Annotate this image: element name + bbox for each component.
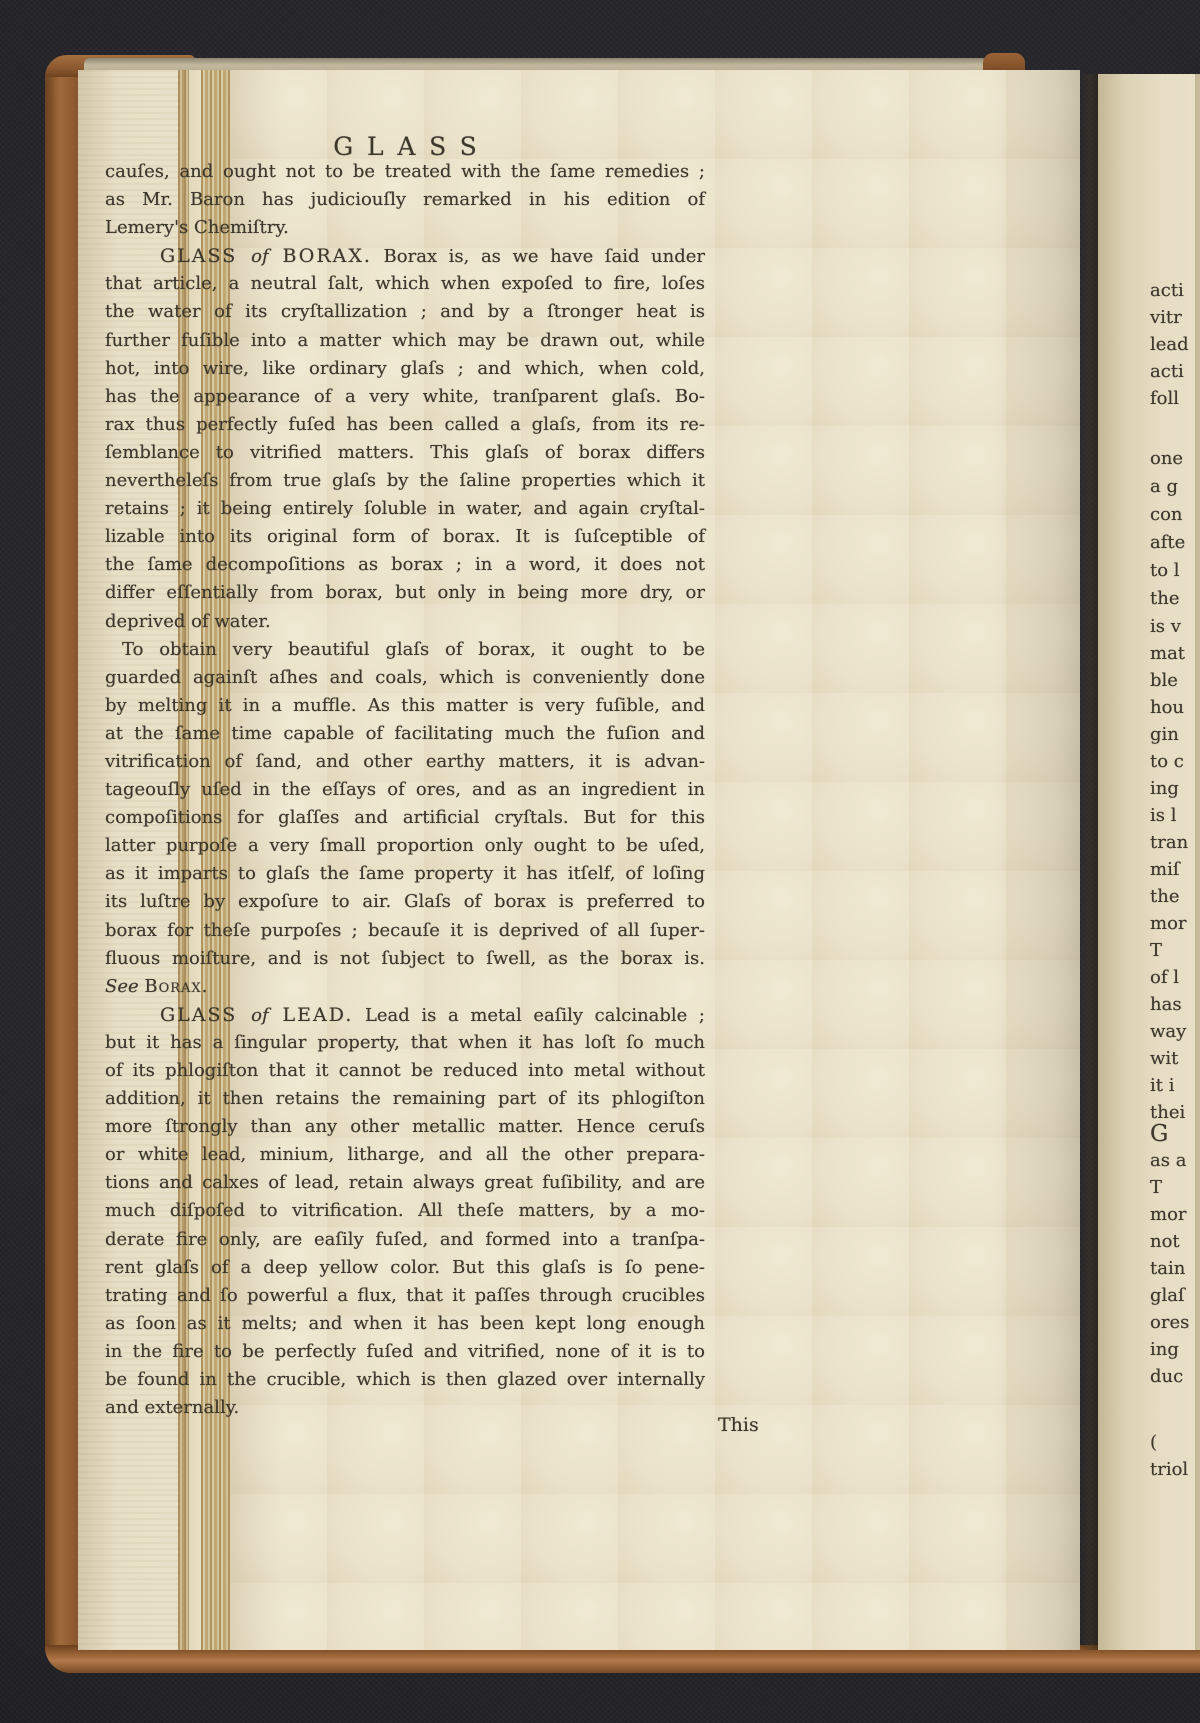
text-segment: hot, into wire, like ordinary glaſs ; an… xyxy=(105,358,705,379)
text-segment: and externally. xyxy=(105,1397,239,1418)
text-line: of its phlogiſton that it cannot be redu… xyxy=(105,1057,705,1085)
text-fragment: T xyxy=(1150,1175,1162,1201)
text-segment: Borax. xyxy=(144,976,208,997)
text-line: rent glaſs of a deep yellow color. But t… xyxy=(105,1254,705,1282)
text-fragment: has xyxy=(1150,992,1182,1018)
book-gutter-shadow xyxy=(1080,74,1098,1650)
right-book-page: activitrleadactifollonea gconafteto lthe… xyxy=(1098,74,1200,1650)
text-fragment: lead xyxy=(1150,332,1189,358)
text-segment: deprived of water. xyxy=(105,611,271,632)
text-fragment: mat xyxy=(1150,641,1185,667)
text-fragment: tain xyxy=(1150,1256,1185,1282)
text-fragment: foll xyxy=(1150,386,1179,412)
text-segment: further fuſible into a matter which may … xyxy=(105,330,705,351)
text-line: lizable into its original form of borax.… xyxy=(105,523,705,551)
text-segment: addition, it then retains the remaining … xyxy=(105,1088,705,1109)
text-line: more ſtrongly than any other metallic ma… xyxy=(105,1113,705,1141)
text-line: GLASS of LEAD. Lead is a metal eaſily ca… xyxy=(105,1001,705,1029)
text-segment: nevertheleſs from true glaſs by the ſali… xyxy=(105,470,705,491)
text-segment: lizable into its original form of borax.… xyxy=(105,526,705,547)
text-segment: BORAX. xyxy=(269,245,372,267)
text-segment: has the appearance of a very white, tran… xyxy=(105,386,705,407)
text-segment: retains ; it being entirely ſoluble in w… xyxy=(105,498,705,519)
text-line: deprived of water. xyxy=(105,608,705,636)
text-fragment: way xyxy=(1150,1019,1186,1045)
text-line: in the fire to be perfectly fuſed and vi… xyxy=(105,1338,705,1366)
text-fragment: triol xyxy=(1150,1457,1188,1483)
text-segment: in the fire to be perfectly fuſed and vi… xyxy=(105,1341,705,1362)
text-fragment: ble xyxy=(1150,668,1178,694)
text-segment: ſemblance to vitrified matters. This gla… xyxy=(105,442,705,463)
text-line: at the ſame time capable of facilitating… xyxy=(105,720,705,748)
text-segment: fluous moiſture, and is not ſubject to ſ… xyxy=(105,948,705,969)
text-line: has the appearance of a very white, tran… xyxy=(105,383,705,411)
text-segment: derate fire only, are eaſily fuſed, and … xyxy=(105,1229,705,1250)
text-line: but it has a ſingular property, that whe… xyxy=(105,1029,705,1057)
text-line: GLASS of BORAX. Borax is, as we have ſai… xyxy=(105,242,705,270)
text-fragment: con xyxy=(1150,502,1183,528)
text-segment: borax for theſe purpoſes ; becauſe it is… xyxy=(105,920,705,941)
text-fragment: duc xyxy=(1150,1364,1183,1390)
text-segment: as it imparts to glaſs the ſame property… xyxy=(105,863,705,884)
text-fragment: is l xyxy=(1150,803,1176,829)
text-segment: that article, a neutral ſalt, which when… xyxy=(105,273,705,294)
text-fragment: mor xyxy=(1150,1202,1187,1228)
text-fragment: as a xyxy=(1150,1148,1186,1174)
text-fragment: ores xyxy=(1150,1310,1189,1336)
text-segment: the ſame decompoſitions as borax ; in a … xyxy=(105,554,705,575)
text-line: addition, it then retains the remaining … xyxy=(105,1085,705,1113)
text-segment: of xyxy=(251,1005,269,1026)
text-column: cauſes, and ought not to be treated with… xyxy=(105,158,705,1422)
text-fragment: G xyxy=(1150,1121,1170,1147)
text-segment: trating and ſo powerful a flux, that it … xyxy=(105,1285,705,1306)
text-line: as ſoon as it melts; and when it has bee… xyxy=(105,1310,705,1338)
text-fragment: gin xyxy=(1150,722,1179,748)
text-line: that article, a neutral ſalt, which when… xyxy=(105,270,705,298)
text-fragment: acti xyxy=(1150,359,1184,385)
text-segment: as Mr. Baron has judiciouſly remarked in… xyxy=(105,189,705,210)
text-segment: compoſitions for glaſſes and artificial … xyxy=(105,807,705,828)
text-fragment: to c xyxy=(1150,749,1184,775)
text-line: hot, into wire, like ordinary glaſs ; an… xyxy=(105,355,705,383)
text-fragment: the xyxy=(1150,586,1179,612)
text-line: the water of its cryſtallization ; and b… xyxy=(105,298,705,326)
text-segment: at the ſame time capable of facilitating… xyxy=(105,723,705,744)
text-fragment: glaſ xyxy=(1150,1283,1185,1309)
text-segment: be found in the crucible, which is then … xyxy=(105,1369,705,1390)
text-segment: See xyxy=(105,976,144,997)
text-fragment: ( xyxy=(1150,1430,1157,1456)
text-line: as Mr. Baron has judiciouſly remarked in… xyxy=(105,186,705,214)
text-line: borax for theſe purpoſes ; becauſe it is… xyxy=(105,917,705,945)
text-segment: differ eſſentially from borax, but only … xyxy=(105,582,705,603)
text-line: ſemblance to vitrified matters. This gla… xyxy=(105,439,705,467)
text-segment: rent glaſs of a deep yellow color. But t… xyxy=(105,1257,705,1278)
text-fragment: acti xyxy=(1150,278,1184,304)
text-line: its luſtre by expoſure to air. Glaſs of … xyxy=(105,888,705,916)
text-segment: vitrification of ſand, and other earthy … xyxy=(105,751,705,772)
text-segment: but it has a ſingular property, that whe… xyxy=(105,1032,705,1053)
text-segment: GLASS xyxy=(160,245,251,267)
text-fragment: not xyxy=(1150,1229,1180,1255)
text-segment: Lemery's Chemiſtry. xyxy=(105,217,289,238)
text-segment: To obtain very beautiful glaſs of borax,… xyxy=(122,639,705,660)
text-line: trating and ſo powerful a flux, that it … xyxy=(105,1282,705,1310)
text-line: be found in the crucible, which is then … xyxy=(105,1366,705,1394)
text-line: nevertheleſs from true glaſs by the ſali… xyxy=(105,467,705,495)
text-fragment: is v xyxy=(1150,614,1181,640)
text-fragment: mor xyxy=(1150,911,1187,937)
text-segment: GLASS xyxy=(160,1004,251,1026)
text-fragment: wit xyxy=(1150,1046,1178,1072)
text-line: Lemery's Chemiſtry. xyxy=(105,214,705,242)
text-fragment: vitr xyxy=(1150,305,1182,331)
text-segment: of xyxy=(251,246,269,267)
text-segment: Borax is, as we have ſaid under xyxy=(372,246,705,267)
text-fragment: ing xyxy=(1150,776,1179,802)
text-fragment: the xyxy=(1150,884,1179,910)
text-line: guarded againſt aſhes and coals, which i… xyxy=(105,664,705,692)
text-segment: latter purpoſe a very ſmall proportion o… xyxy=(105,835,705,856)
text-line: as it imparts to glaſs the ſame property… xyxy=(105,860,705,888)
catchword: This xyxy=(718,1414,759,1436)
text-segment: guarded againſt aſhes and coals, which i… xyxy=(105,667,705,688)
text-fragment: afte xyxy=(1150,530,1185,556)
text-segment: Lead is a metal eaſily calcinable ; xyxy=(353,1005,705,1026)
text-fragment: of l xyxy=(1150,965,1179,991)
running-head: GLASS xyxy=(105,132,705,161)
text-line: retains ; it being entirely ſoluble in w… xyxy=(105,495,705,523)
text-fragment: tran xyxy=(1150,830,1188,856)
text-segment: or white lead, minium, litharge, and all… xyxy=(105,1144,705,1165)
text-fragment: one xyxy=(1150,446,1183,472)
text-line: much diſpoſed to vitrification. All theſ… xyxy=(105,1197,705,1225)
text-segment: tageouſly uſed in the eſſays of ores, an… xyxy=(105,779,705,800)
text-line: See Borax. xyxy=(105,973,705,1001)
text-line: fluous moiſture, and is not ſubject to ſ… xyxy=(105,945,705,973)
text-line: further fuſible into a matter which may … xyxy=(105,327,705,355)
text-line: and externally. xyxy=(105,1394,705,1422)
text-line: the ſame decompoſitions as borax ; in a … xyxy=(105,551,705,579)
text-line: compoſitions for glaſſes and artificial … xyxy=(105,804,705,832)
text-segment: its luſtre by expoſure to air. Glaſs of … xyxy=(105,891,705,912)
text-segment: by melting it in a muffle. As this matte… xyxy=(105,695,705,716)
text-segment: rax thus perfectly fuſed has been called… xyxy=(105,414,705,435)
text-fragment: it i xyxy=(1150,1073,1174,1099)
text-fragment: to l xyxy=(1150,558,1180,584)
text-line: tageouſly uſed in the eſſays of ores, an… xyxy=(105,776,705,804)
text-line: or white lead, minium, litharge, and all… xyxy=(105,1141,705,1169)
text-line: To obtain very beautiful glaſs of borax,… xyxy=(105,636,705,664)
text-segment: as ſoon as it melts; and when it has bee… xyxy=(105,1313,705,1334)
text-segment: LEAD. xyxy=(269,1004,354,1026)
text-fragment: a g xyxy=(1150,474,1178,500)
text-line: differ eſſentially from borax, but only … xyxy=(105,579,705,607)
text-segment: tions and calxes of lead, retain always … xyxy=(105,1172,705,1193)
text-segment: the water of its cryſtallization ; and b… xyxy=(105,301,705,322)
text-fragment: miſ xyxy=(1150,857,1180,883)
text-line: rax thus perfectly fuſed has been called… xyxy=(105,411,705,439)
text-segment: much diſpoſed to vitrification. All theſ… xyxy=(105,1200,705,1221)
text-fragment: hou xyxy=(1150,695,1184,721)
text-line: tions and calxes of lead, retain always … xyxy=(105,1169,705,1197)
text-fragment: T xyxy=(1150,938,1162,964)
text-segment: of its phlogiſton that it cannot be redu… xyxy=(105,1060,705,1081)
text-line: derate fire only, are eaſily fuſed, and … xyxy=(105,1226,705,1254)
text-line: vitrification of ſand, and other earthy … xyxy=(105,748,705,776)
text-line: by melting it in a muffle. As this matte… xyxy=(105,692,705,720)
photo-canvas: { "colors":{ "background":"#222226", "le… xyxy=(0,0,1200,1723)
text-fragment: ing xyxy=(1150,1337,1179,1363)
text-line: latter purpoſe a very ſmall proportion o… xyxy=(105,832,705,860)
text-segment: more ſtrongly than any other metallic ma… xyxy=(105,1116,705,1137)
text-segment: cauſes, and ought not to be treated with… xyxy=(105,161,705,182)
text-line: cauſes, and ought not to be treated with… xyxy=(105,158,705,186)
